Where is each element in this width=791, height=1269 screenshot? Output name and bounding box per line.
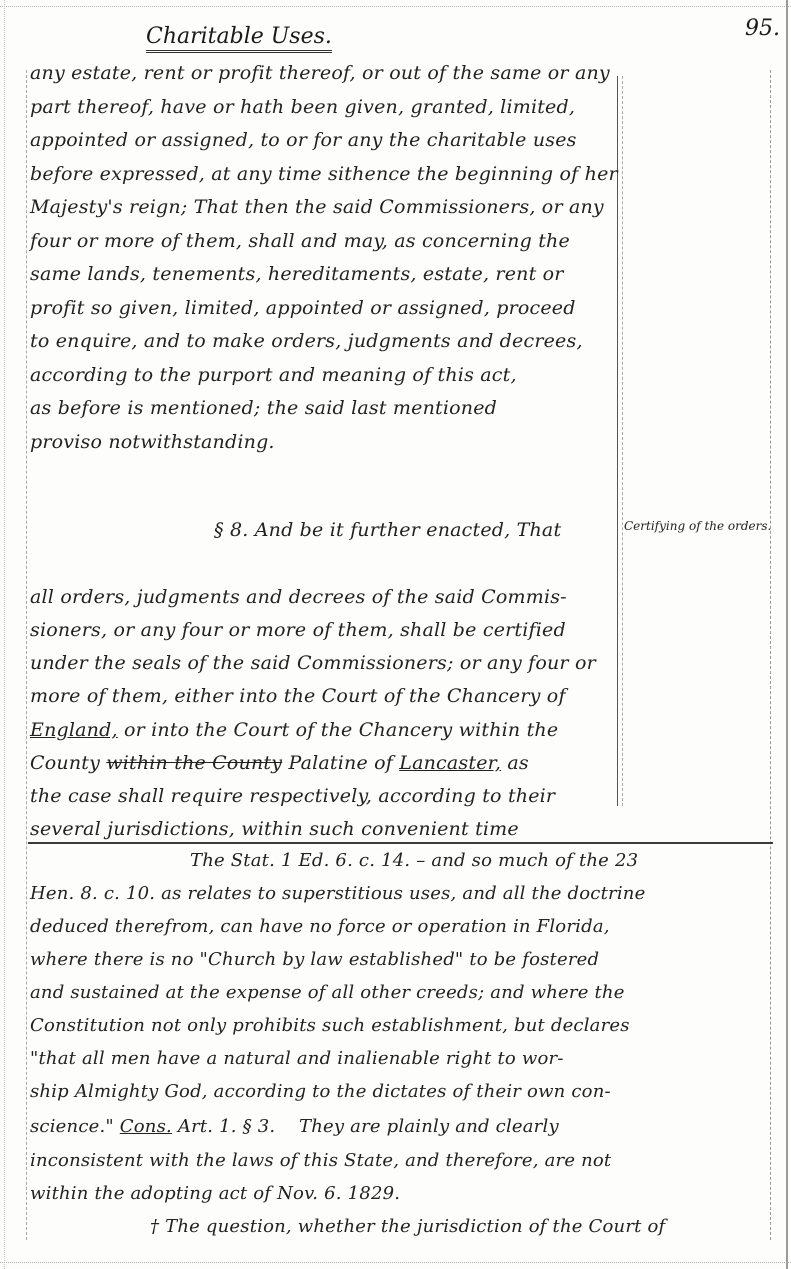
statute-line: proviso notwithstanding. <box>30 431 275 453</box>
scan-edge-bottom <box>0 1262 791 1263</box>
statute-line-england: England, or into the Court of the Chance… <box>30 719 558 741</box>
line-text: County <box>30 752 106 774</box>
margin-column-rule-secondary <box>622 76 623 806</box>
scan-edge-top <box>0 6 791 7</box>
statute-line: Majesty's reign; That then the said Comm… <box>30 196 604 218</box>
statute-line: appointed or assigned, to or for any the… <box>30 129 577 151</box>
statute-line: part thereof, have or hath been given, g… <box>30 96 575 118</box>
manuscript-page: Charitable Uses. 95. any estate, rent or… <box>0 0 791 1269</box>
statute-line: sioners, or any four or more of them, sh… <box>30 619 566 641</box>
right-margin-rule <box>770 70 771 1240</box>
commentary-line: deduced therefrom, can have no force or … <box>30 916 610 937</box>
line-text: science." <box>30 1116 120 1137</box>
commentary-line: where there is no "Church by law establi… <box>30 949 599 970</box>
statute-line: all orders, judgments and decrees of the… <box>30 586 567 608</box>
commentary-line: and sustained at the expense of all othe… <box>30 982 625 1003</box>
commentary-line: Hen. 8. c. 10. as relates to superstitio… <box>30 883 645 904</box>
page-number: 95. <box>745 16 780 41</box>
statute-line: same lands, tenements, hereditaments, es… <box>30 263 564 285</box>
statute-line: as before is mentioned; the said last me… <box>30 397 497 419</box>
scan-edge-right <box>786 0 788 1269</box>
line-text: or into the Court of the Chancery within… <box>118 719 559 741</box>
commentary-line: Constitution not only prohibits such est… <box>30 1015 630 1036</box>
statute-line: to enquire, and to make orders, judgment… <box>30 330 583 352</box>
statute-line: the case shall require respectively, acc… <box>30 785 555 807</box>
statute-line: any estate, rent or profit thereof, or o… <box>30 62 610 84</box>
commentary-line: inconsistent with the laws of this State… <box>30 1150 611 1171</box>
statute-line: profit so given, limited, appointed or a… <box>30 297 576 319</box>
line-text: Art. 1. § 3. They are plainly and clearl… <box>172 1116 559 1137</box>
scan-edge-left <box>4 0 5 1269</box>
section-divider <box>28 842 773 844</box>
left-margin-rule <box>26 70 27 1240</box>
section-8-heading: § 8. And be it further enacted, That <box>214 519 561 541</box>
line-text: as <box>501 752 529 774</box>
underlined-england: England, <box>30 719 118 741</box>
statute-line: four or more of them, shall and may, as … <box>30 230 570 252</box>
footnote-line: † The question, whether the jurisdiction… <box>150 1216 665 1237</box>
statute-line: more of them, either into the Court of t… <box>30 685 566 707</box>
statute-line: under the seals of the said Commissioner… <box>30 652 596 674</box>
statute-line: several jurisdictions, within such conve… <box>30 818 519 840</box>
commentary-line: ship Almighty God, according to the dict… <box>30 1081 611 1102</box>
underlined-cons: Cons. <box>120 1116 172 1137</box>
commentary-line-cons: science." Cons. Art. 1. § 3. They are pl… <box>30 1116 559 1137</box>
page-title: Charitable Uses. <box>146 24 332 53</box>
margin-column-rule <box>617 76 618 806</box>
commentary-line: "that all men have a natural and inalien… <box>30 1048 564 1069</box>
commentary-line: The Stat. 1 Ed. 6. c. 14. – and so much … <box>190 850 638 871</box>
statute-line: before expressed, at any time sithence t… <box>30 163 618 185</box>
statute-line: according to the purport and meaning of … <box>30 364 517 386</box>
commentary-line: within the adopting act of Nov. 6. 1829. <box>30 1183 400 1204</box>
statute-line-county: County within the County Palatine of Lan… <box>30 752 529 774</box>
underlined-lancaster: Lancaster, <box>399 752 501 774</box>
line-text: Palatine of <box>282 752 399 774</box>
struck-text: within the County <box>106 752 282 774</box>
margin-note: Certifying of the orders. <box>624 520 774 533</box>
